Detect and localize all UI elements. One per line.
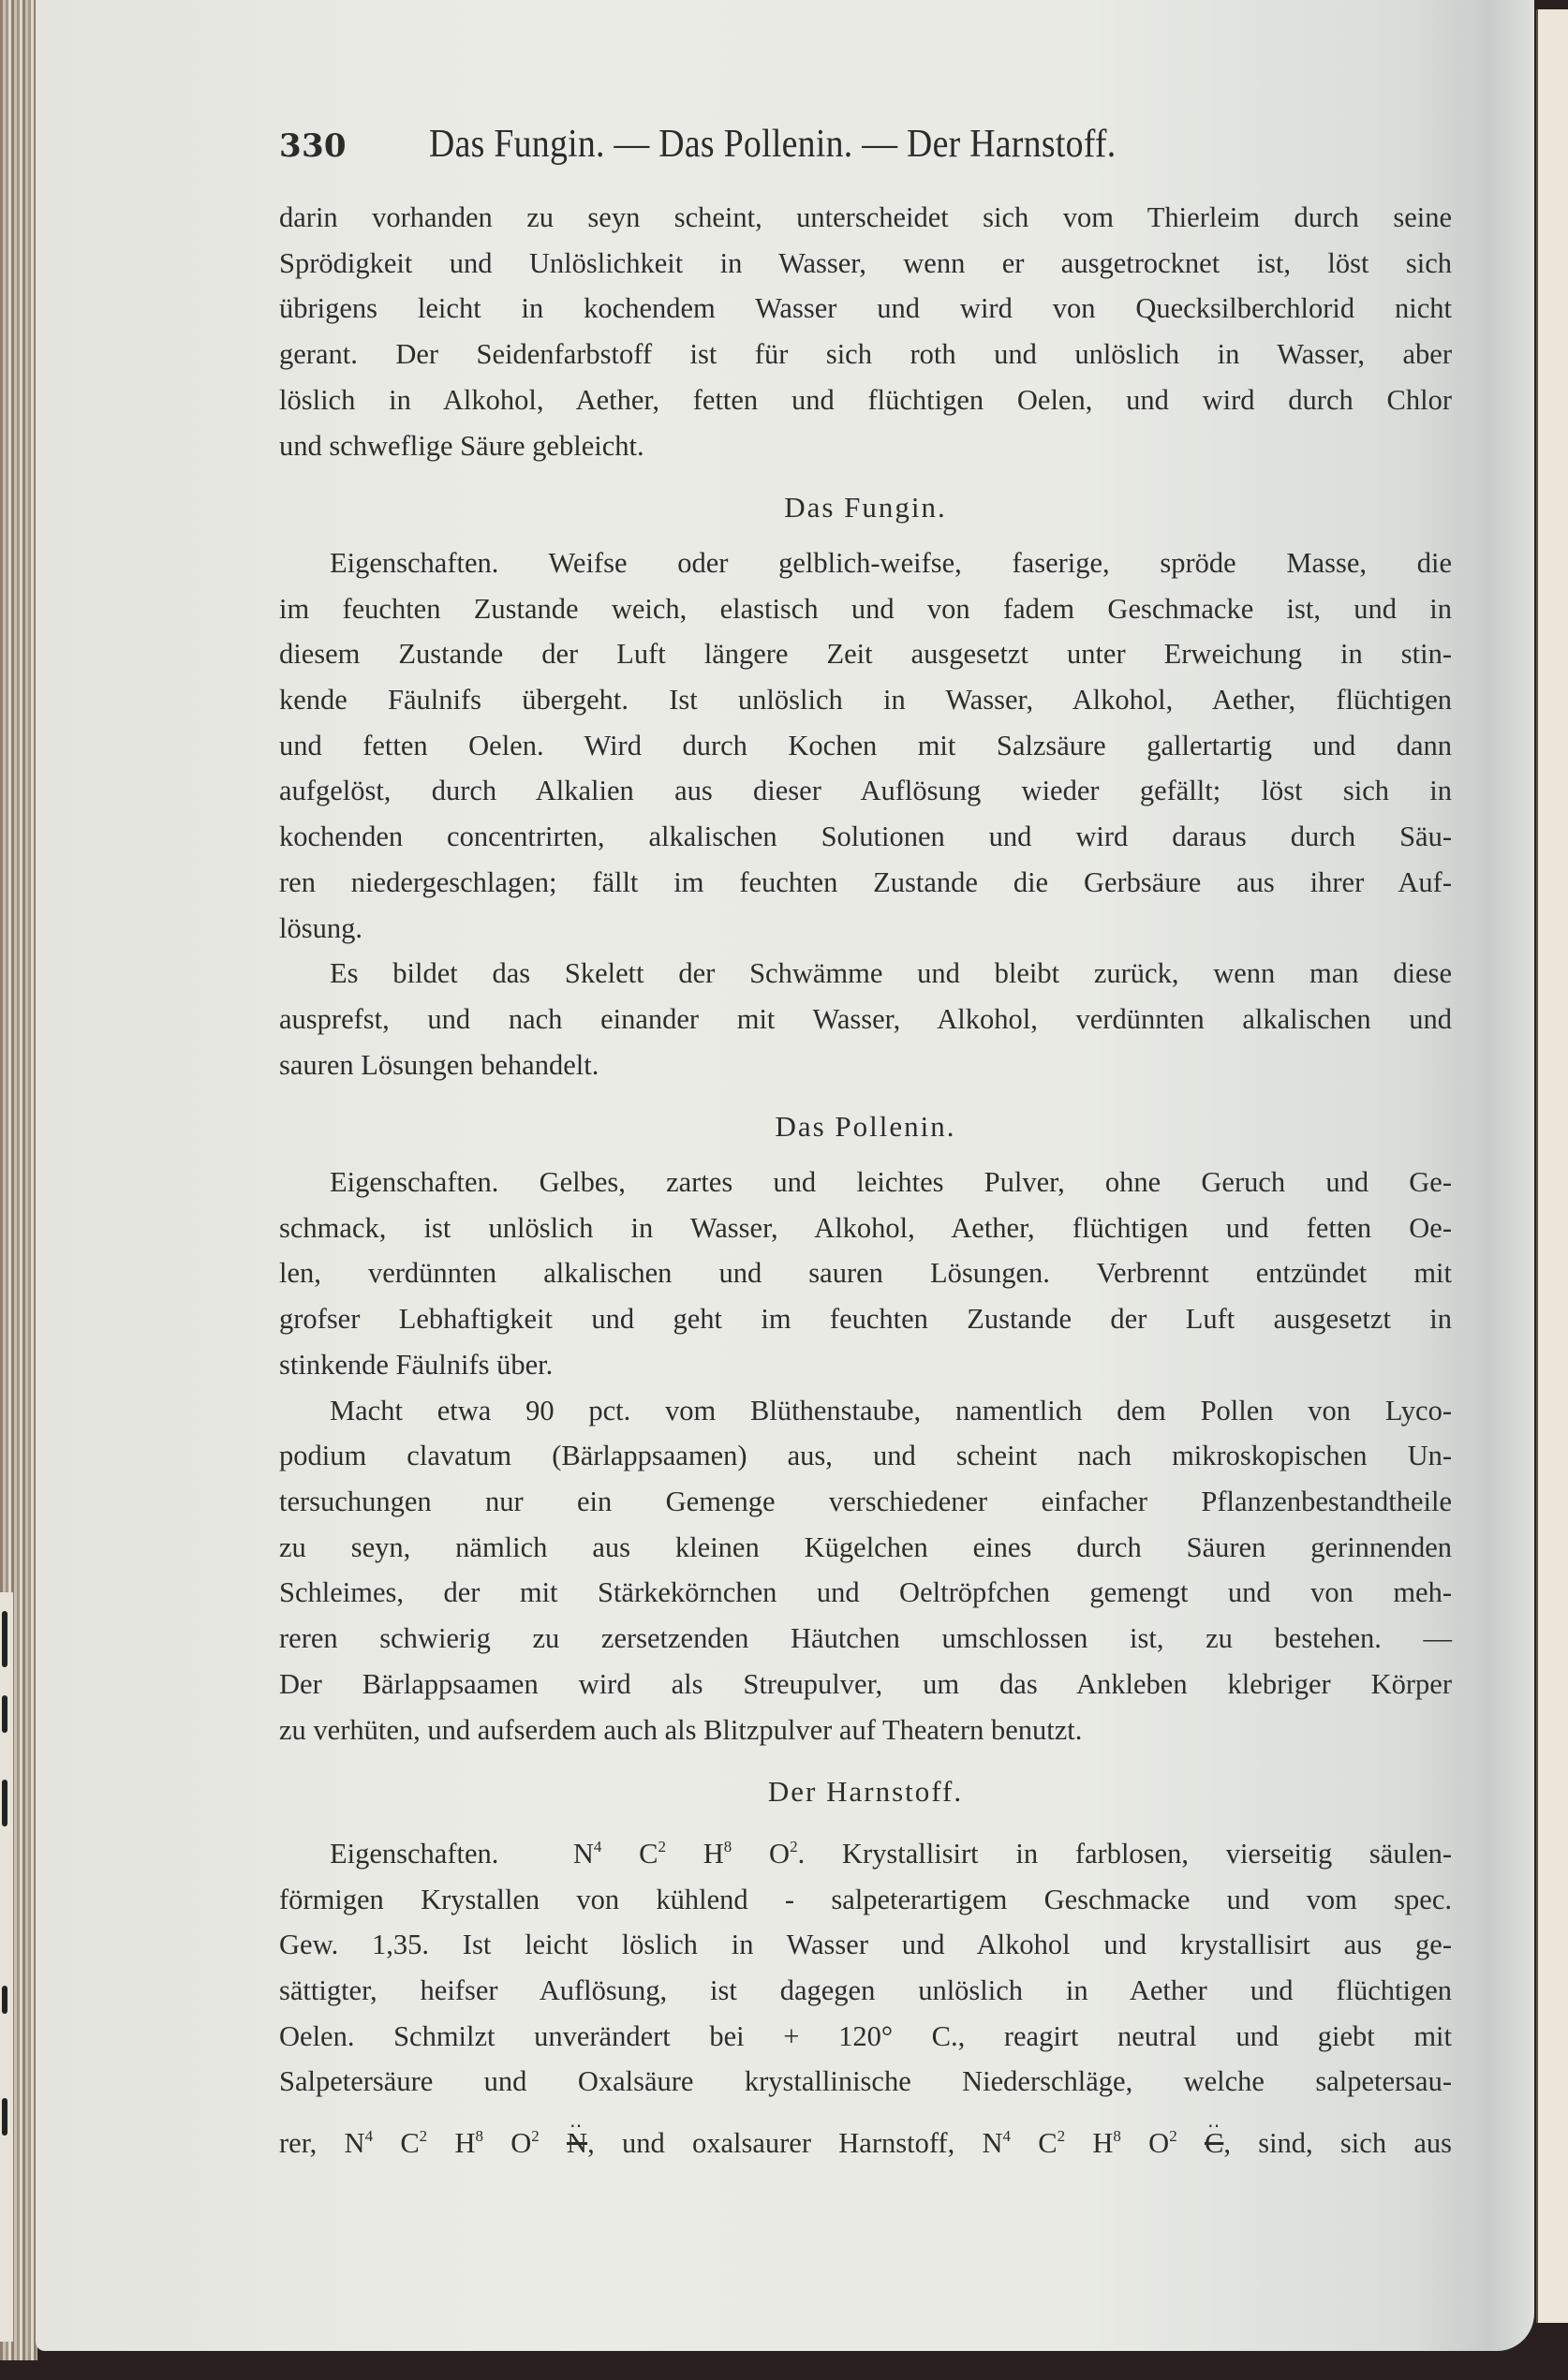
section-heading-harnstoff: Der Harnstoff. xyxy=(279,1769,1452,1815)
text-line: aufgelöst, durch Alkalien aus dieser Auf… xyxy=(279,768,1452,814)
text-line: übrigens leicht in kochendem Wasser und … xyxy=(279,286,1452,332)
text-line: zu seyn, nämlich aus kleinen Kügelchen e… xyxy=(279,1525,1452,1571)
text-line: diesem Zustande der Luft längere Zeit au… xyxy=(279,631,1452,677)
text-line: im feuchten Zustande weich, elastisch un… xyxy=(279,586,1452,632)
text-line: zu verhüten, und aufserdem auch als Blit… xyxy=(279,1707,1452,1753)
page-number: 330 xyxy=(279,127,429,165)
text-line: und schweflige Säure gebleicht. xyxy=(279,423,1452,469)
text-line: tersuchungen nur ein Gemenge verschieden… xyxy=(279,1479,1452,1525)
text-line: Eigenschaften. Gelbes, zartes und leicht… xyxy=(279,1160,1452,1205)
fungin-occurrence-paragraph: Es bildet das Skelett der Schwämme und b… xyxy=(279,951,1452,1087)
text-line: Gew. 1,35. Ist leicht löslich in Wasser … xyxy=(279,1922,1452,1968)
text-line: Schleimes, der mit Stärkekörnchen und Oe… xyxy=(279,1570,1452,1616)
text-line: stinkende Fäulnifs über. xyxy=(279,1342,1452,1388)
text-line: len, verdünnten alkalischen und sauren L… xyxy=(279,1250,1452,1296)
text-line: Eigenschaften. Weifse oder gelblich-weif… xyxy=(279,540,1452,586)
text-line: lösung. xyxy=(279,906,1452,952)
pollenin-properties-paragraph: Eigenschaften. Gelbes, zartes und leicht… xyxy=(279,1160,1452,1388)
text-run: . Krystallisirt in farblosen, vierseitig… xyxy=(798,1838,1452,1870)
text-line: Der Bärlappsaamen wird als Streupulver, … xyxy=(279,1662,1452,1707)
harnstoff-properties-paragraph: Eigenschaften. N4 C2 H8 O2. Krystallisir… xyxy=(279,1825,1452,2166)
pollenin-occurrence-paragraph: Macht etwa 90 pct. vom Blüthenstaube, na… xyxy=(279,1388,1452,1753)
text-line: und fetten Oelen. Wird durch Kochen mit … xyxy=(279,723,1452,769)
urea-nitrate-formula: N4 C2 H8 O2 N xyxy=(345,2127,588,2159)
lead-word: Eigenschaften. xyxy=(330,1838,498,1870)
formula-line: rer, N4 C2 H8 O2 N, und oxalsaurer Harns… xyxy=(279,2114,1452,2166)
text-line: kende Fäulnifs übergeht. Ist unlöslich i… xyxy=(279,677,1452,723)
text-line: Oelen. Schmilzt unverändert bei + 120° C… xyxy=(279,2014,1452,2060)
text-line: schmack, ist unlöslich in Wasser, Alkoho… xyxy=(279,1205,1452,1251)
text-line: Macht etwa 90 pct. vom Blüthenstaube, na… xyxy=(279,1388,1452,1434)
running-title: Das Fungin. — Das Pollenin. — Der Harnst… xyxy=(429,122,1117,167)
next-page-edge xyxy=(1536,9,1568,2323)
running-header: 330 Das Fungin. — Das Pollenin. — Der Ha… xyxy=(279,122,1469,167)
text-line: ausprefst, und nach einander mit Wasser,… xyxy=(279,997,1452,1042)
text-line: grofser Lebhaftigkeit und geht im feucht… xyxy=(279,1296,1452,1342)
fungin-properties-paragraph: Eigenschaften. Weifse oder gelblich-weif… xyxy=(279,540,1452,951)
section-heading-pollenin: Das Pollenin. xyxy=(279,1104,1452,1150)
urea-oxalate-formula: N4 C2 H8 O2 C xyxy=(982,2127,1223,2159)
urea-formula: N4 C2 H8 O2 xyxy=(573,1838,798,1870)
section-heading-fungin: Das Fungin. xyxy=(279,485,1452,531)
text-line: sauren Lösungen behandelt. xyxy=(279,1042,1452,1088)
intro-paragraph: darin vorhanden zu seyn scheint, untersc… xyxy=(279,195,1452,468)
page-body: darin vorhanden zu seyn scheint, untersc… xyxy=(279,195,1452,2166)
text-line: Salpetersäure und Oxalsäure krystallinis… xyxy=(279,2059,1452,2105)
text-line: löslich in Alkohol, Aether, fetten und f… xyxy=(279,377,1452,423)
text-line: darin vorhanden zu seyn scheint, untersc… xyxy=(279,195,1452,241)
text-line: förmigen Krystallen von kühlend - salpet… xyxy=(279,1877,1452,1923)
text-line: reren schwierig zu zersetzenden Häutchen… xyxy=(279,1616,1452,1662)
text-line: gerant. Der Seidenfarbstoff ist für sich… xyxy=(279,332,1452,377)
formula-line: Eigenschaften. N4 C2 H8 O2. Krystallisir… xyxy=(279,1825,1452,1877)
facing-page-handwriting xyxy=(0,1592,13,2342)
text-line: sättigter, heifser Auflösung, ist dagege… xyxy=(279,1968,1452,2014)
text-line: podium clavatum (Bärlappsaamen) aus, und… xyxy=(279,1433,1452,1479)
text-line: Sprödigkeit und Unlöslichkeit in Wasser,… xyxy=(279,241,1452,287)
text-line: Es bildet das Skelett der Schwämme und b… xyxy=(279,951,1452,997)
text-line: ren niedergeschlagen; fällt im feuchten … xyxy=(279,860,1452,906)
text-line: kochenden concentrirten, alkalischen Sol… xyxy=(279,814,1452,860)
